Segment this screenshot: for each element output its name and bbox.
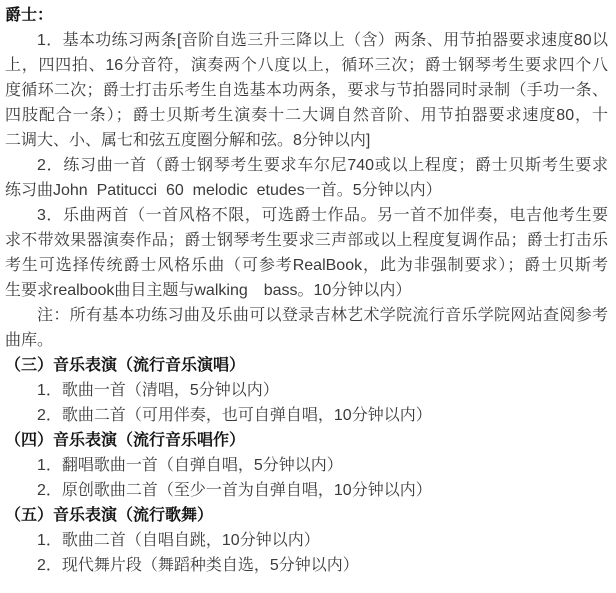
text-line: 2．现代舞片段（舞蹈种类自选，5分钟以内）: [5, 553, 608, 578]
text-line: 二调大、小、属七和弦五度圈分解和弦。8分钟以内]: [5, 128, 608, 153]
text-line: 四肢配合一条）；爵士贝斯考生演奏十二大调自然音阶、用节拍器要求速度80，十: [5, 103, 608, 128]
text-line: 1．基本功练习两条[音阶自选三升三降以上（含）两条、用节拍器要求速度80以: [5, 28, 608, 53]
text-line: 求不带效果器演奏作品；爵士钢琴考生要求三声部或以上程度复调作品；爵士打击乐: [5, 228, 608, 253]
text-line: 曲库。: [5, 328, 608, 353]
heading-line: 爵士：: [5, 3, 608, 28]
text-line: 2．歌曲二首（可用伴奏，也可自弹自唱，10分钟以内）: [5, 403, 608, 428]
text-line: 2．练习曲一首（爵士钢琴考生要求车尔尼740或以上程度；爵士贝斯考生要求: [5, 153, 608, 178]
text-line: 生要求realbook曲目主题与walking bass。10分钟以内）: [5, 278, 608, 303]
text-line: 1．歌曲一首（清唱，5分钟以内）: [5, 378, 608, 403]
text-line: 练习曲John Patitucci 60 melodic etudes一首。5分…: [5, 178, 608, 203]
text-line: 上，四四拍、16分音符，演奏两个八度以上，循环三次；爵士钢琴考生要求四个八: [5, 53, 608, 78]
document-body: 爵士：1．基本功练习两条[音阶自选三升三降以上（含）两条、用节拍器要求速度80以…: [0, 0, 616, 578]
text-line: 度循环二次；爵士打击乐考生自选基本功两条，要求与节拍器同时录制（手功一条、: [5, 78, 608, 103]
heading-line: （四）音乐表演（流行音乐唱作）: [5, 428, 608, 453]
text-line: 3．乐曲两首（一首风格不限，可选爵士作品。另一首不加伴奏，电吉他考生要: [5, 203, 608, 228]
heading-line: （五）音乐表演（流行歌舞）: [5, 503, 608, 528]
text-line: 考生可选择传统爵士风格乐曲（可参考RealBook，此为非强制要求）；爵士贝斯考: [5, 253, 608, 278]
text-line: 注：所有基本功练习曲及乐曲可以登录吉林艺术学院流行音乐学院网站查阅参考: [5, 303, 608, 328]
text-line: 2．原创歌曲二首（至少一首为自弹自唱，10分钟以内）: [5, 478, 608, 503]
text-line: 1．翻唱歌曲一首（自弹自唱，5分钟以内）: [5, 453, 608, 478]
text-line: 1．歌曲二首（自唱自跳，10分钟以内）: [5, 528, 608, 553]
heading-line: （三）音乐表演（流行音乐演唱）: [5, 353, 608, 378]
